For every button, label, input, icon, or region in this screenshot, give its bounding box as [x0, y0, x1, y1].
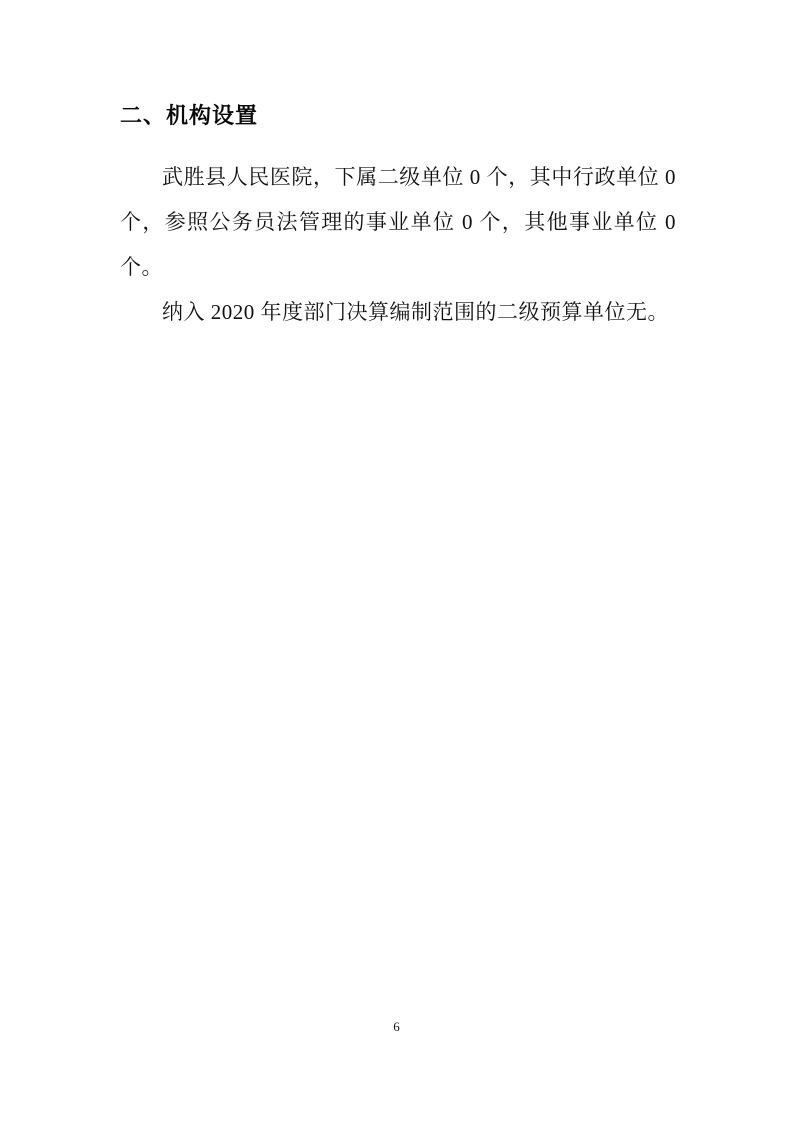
- document-page: 二、机构设置 武胜县人民医院，下属二级单位 0 个，其中行政单位 0 个，参照公…: [0, 0, 793, 1122]
- document-body: 武胜县人民医院，下属二级单位 0 个，其中行政单位 0 个，参照公务员法管理的事…: [120, 155, 676, 335]
- body-paragraph: 武胜县人民医院，下属二级单位 0 个，其中行政单位 0 个，参照公务员法管理的事…: [120, 155, 676, 290]
- body-paragraph: 纳入 2020 年度部门决算编制范围的二级预算单位无。: [120, 290, 676, 335]
- page-number: 6: [393, 1019, 400, 1034]
- page-footer: 6: [0, 1018, 793, 1036]
- document-content: 二、机构设置 武胜县人民医院，下属二级单位 0 个，其中行政单位 0 个，参照公…: [120, 0, 676, 335]
- section-heading: 二、机构设置: [120, 98, 676, 134]
